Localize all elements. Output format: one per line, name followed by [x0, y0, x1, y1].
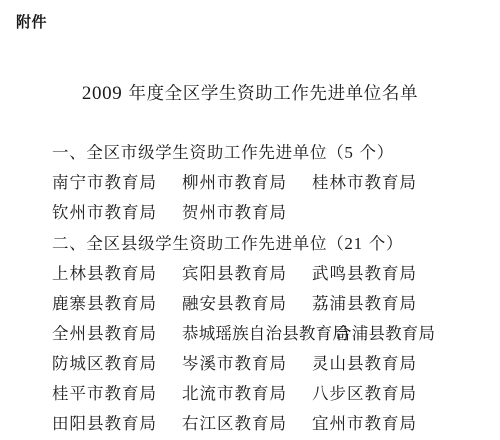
list-item: 全州县教育局	[52, 320, 157, 344]
list-item: 南宁市教育局	[52, 169, 157, 193]
list-item: 合浦县教育局	[335, 320, 435, 344]
list-item: 钦州市教育局	[52, 199, 157, 223]
list-row: 防城区教育局 岑溪市教育局 灵山县教育局	[0, 350, 500, 378]
list-row: 南宁市教育局 柳州市教育局 桂林市教育局	[0, 169, 500, 197]
list-item: 融安县教育局	[182, 290, 287, 314]
attachment-label: 附件	[16, 11, 47, 32]
list-row: 全州县教育局 恭城瑶族自治县教育局 合浦县教育局	[0, 320, 500, 348]
list-item: 灵山县教育局	[312, 350, 417, 374]
section-heading-suffix: 个）	[354, 143, 394, 162]
list-row: 钦州市教育局 贺州市教育局	[0, 199, 500, 227]
list-item: 桂林市教育局	[312, 169, 417, 193]
list-item: 贺州市教育局	[182, 199, 287, 223]
list-item: 岑溪市教育局	[182, 350, 287, 374]
list-row: 上林县教育局 宾阳县教育局 武鸣县教育局	[0, 260, 500, 288]
section-count: 21	[344, 234, 362, 253]
list-item: 右江区教育局	[182, 410, 287, 434]
section-count: 5	[344, 143, 353, 162]
list-item: 荔浦县教育局	[312, 290, 417, 314]
list-item: 田阳县教育局	[52, 410, 157, 434]
list-item: 宜州市教育局	[312, 410, 417, 434]
title-text: 年度全区学生资助工作先进单位名单	[122, 84, 418, 104]
list-item: 恭城瑶族自治县教育局	[182, 320, 349, 344]
list-item: 鹿寨县教育局	[52, 290, 157, 314]
section-heading-text: 二、全区县级学生资助工作先进单位（	[52, 234, 344, 253]
list-item: 八步区教育局	[312, 380, 417, 404]
list-item: 宾阳县教育局	[182, 260, 287, 284]
document-title: 2009 年度全区学生资助工作先进单位名单	[0, 80, 500, 105]
section-heading-suffix: 个）	[363, 234, 403, 253]
title-year: 2009	[82, 83, 122, 104]
list-item: 防城区教育局	[52, 350, 157, 374]
list-item: 武鸣县教育局	[312, 260, 417, 284]
list-row: 桂平市教育局 北流市教育局 八步区教育局	[0, 380, 500, 408]
section-heading-city-level: 一、全区市级学生资助工作先进单位（5 个）	[52, 139, 394, 163]
list-item: 桂平市教育局	[52, 380, 157, 404]
list-item: 北流市教育局	[182, 380, 287, 404]
list-item: 上林县教育局	[52, 260, 157, 284]
list-row: 鹿寨县教育局 融安县教育局 荔浦县教育局	[0, 290, 500, 318]
section-heading-text: 一、全区市级学生资助工作先进单位（	[52, 143, 344, 162]
list-row: 田阳县教育局 右江区教育局 宜州市教育局	[0, 410, 500, 438]
section-heading-county-level: 二、全区县级学生资助工作先进单位（21 个）	[52, 230, 403, 254]
list-item: 柳州市教育局	[182, 169, 287, 193]
